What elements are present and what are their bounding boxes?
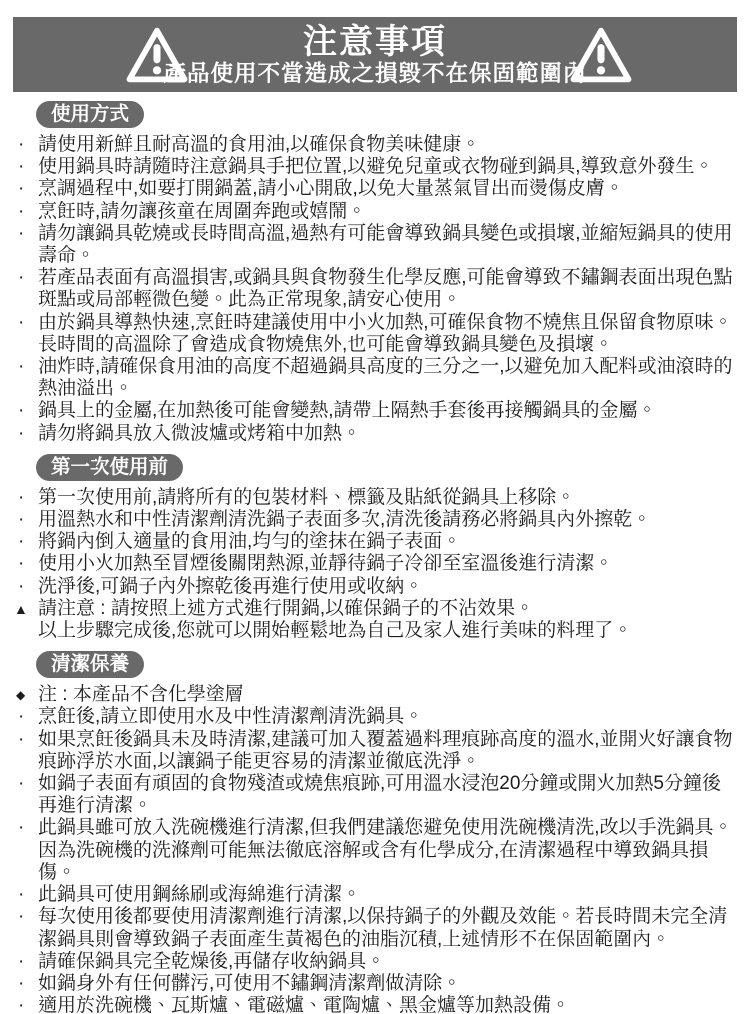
list-item: · 若產品表面有高溫損害,或鍋具與食物發生化學反應,可能會導致不鏽鋼表面出現色點…	[14, 267, 736, 311]
item-text: 請使用新鮮且耐高溫的食用油,以確保食物美味健康。	[38, 134, 736, 156]
bullet-marker-icon: ◆	[14, 684, 38, 706]
bullet-marker-icon: ·	[14, 995, 38, 1014]
list-item: · 如鍋子表面有頑固的食物殘渣或燒焦痕跡,可用溫水浸泡20分鐘或開火加熱5分鐘後…	[14, 773, 736, 817]
list-item: · 烹飪後,請立即使用水及中性清潔劑清洗鍋具。	[14, 706, 736, 728]
warning-triangle-icon	[125, 26, 189, 84]
bullet-marker-icon: ·	[14, 134, 38, 156]
usage-list: · 請使用新鮮且耐高溫的食用油,以確保食物美味健康。 · 使用鍋具時請隨時注意鍋…	[14, 134, 736, 445]
section-label: 第一次使用前	[36, 454, 183, 481]
list-item: · 使用小火加熱至冒煙後關閉熱源,並靜待鍋子冷卻至室溫後進行清潔。	[14, 553, 736, 575]
item-text: 適用於洗碗機、瓦斯爐、電磁爐、電陶爐、黑金爐等加熱設備。	[38, 995, 736, 1014]
item-text: 油炸時,請確保食用油的高度不超過鍋具高度的三分之一,以避免加入配料或油滾時的熱油…	[38, 356, 736, 400]
list-item: · 每次使用後都要使用清潔劑進行清潔,以保持鍋子的外觀及效能。若長時間未完全清潔…	[14, 906, 736, 950]
bullet-marker-icon: ·	[14, 531, 38, 553]
list-item: · 油炸時,請確保食用油的高度不超過鍋具高度的三分之一,以避免加入配料或油滾時的…	[14, 356, 736, 400]
bullet-marker-icon: ·	[14, 400, 38, 422]
header-band: 注意事項 產品使用不當造成之損毀不在保固範圍內	[13, 17, 737, 92]
item-text: 請確保鍋具完全乾燥後,再儲存收納鍋具。	[38, 951, 736, 973]
bullet-marker-icon: ·	[14, 487, 38, 509]
first-use-list: · 第一次使用前,請將所有的包裝材料、標籤及貼紙從鍋具上移除。 · 用溫熱水和中…	[14, 487, 736, 642]
section-usage-instructions: 使用方式 · 請使用新鮮且耐高溫的食用油,以確保食物美味健康。 · 使用鍋具時請…	[14, 92, 736, 445]
bullet-marker-icon: ·	[14, 223, 38, 245]
bullet-marker-icon: ·	[14, 906, 38, 928]
item-text: 使用鍋具時請隨時注意鍋具手把位置,以避免兒童或衣物碰到鍋具,導致意外發生。	[38, 156, 736, 178]
bullet-marker-icon: ·	[14, 178, 38, 200]
list-item: · 將鍋內倒入適量的食用油,均勻的塗抹在鍋子表面。	[14, 531, 736, 553]
list-item: ◆ 注 : 本產品不含化學塗層	[14, 684, 736, 706]
bullet-marker-icon: ·	[14, 773, 38, 795]
section-label: 清潔保養	[36, 651, 144, 678]
list-item: · 適用於洗碗機、瓦斯爐、電磁爐、電陶爐、黑金爐等加熱設備。	[14, 995, 736, 1014]
item-text: 烹調過程中,如要打開鍋蓋,請小心開啟,以免大量蒸氣冒出而燙傷皮膚。	[38, 178, 736, 200]
bullet-marker-icon: ·	[14, 553, 38, 575]
list-item: · 使用鍋具時請隨時注意鍋具手把位置,以避免兒童或衣物碰到鍋具,導致意外發生。	[14, 156, 736, 178]
bullet-marker-icon: ·	[14, 312, 38, 334]
item-text: 烹飪後,請立即使用水及中性清潔劑清洗鍋具。	[38, 706, 736, 728]
bullet-marker-icon: ·	[14, 729, 38, 751]
list-item: · 洗淨後,可鍋子內外擦乾後再進行使用或收納。	[14, 576, 736, 598]
item-text: 注 : 本產品不含化學塗層	[38, 684, 736, 706]
header-titles: 注意事項 產品使用不當造成之損毀不在保固範圍內	[163, 22, 586, 87]
list-item: · 請確保鍋具完全乾燥後,再儲存收納鍋具。	[14, 951, 736, 973]
item-text: 請勿讓鍋具乾燒或長時間高溫,過熱有可能會導致鍋具變色或損壞,並縮短鍋具的使用壽命…	[38, 223, 736, 267]
list-item: · 此鍋具雖可放入洗碗機進行清潔,但我們建議您避免使用洗碗機清洗,改以手洗鍋具。…	[14, 817, 736, 884]
section-first-use: 第一次使用前 · 第一次使用前,請將所有的包裝材料、標籤及貼紙從鍋具上移除。 ·…	[14, 445, 736, 642]
bullet-marker-icon: ▲	[14, 598, 38, 620]
item-text: 烹飪時,請勿讓孩童在周圍奔跑或嬉鬧。	[38, 201, 736, 223]
bullet-marker-icon: ·	[14, 156, 38, 178]
notice-content: 使用方式 · 請使用新鮮且耐高溫的食用油,以確保食物美味健康。 · 使用鍋具時請…	[0, 92, 750, 1014]
list-item: · 用溫熱水和中性清潔劑清洗鍋子表面多次,清洗後請務必將鍋具內外擦乾。	[14, 509, 736, 531]
item-text: 以上步驟完成後,您就可以開始輕鬆地為自己及家人進行美味的料理了。	[38, 620, 736, 642]
page-title: 注意事項	[163, 24, 586, 60]
item-text: 用溫熱水和中性清潔劑清洗鍋子表面多次,清洗後請務必將鍋具內外擦乾。	[38, 509, 736, 531]
list-item: · 烹飪時,請勿讓孩童在周圍奔跑或嬉鬧。	[14, 201, 736, 223]
page-subtitle: 產品使用不當造成之損毀不在保固範圍內	[163, 60, 586, 87]
list-item: · 鍋具上的金屬,在加熱後可能會變熱,請帶上隔熱手套後再接觸鍋具的金屬。	[14, 400, 736, 422]
section-label: 使用方式	[36, 101, 144, 128]
bullet-marker-icon: ·	[14, 576, 38, 598]
list-item: · 請勿讓鍋具乾燒或長時間高溫,過熱有可能會導致鍋具變色或損壞,並縮短鍋具的使用…	[14, 223, 736, 267]
item-text: 洗淨後,可鍋子內外擦乾後再進行使用或收納。	[38, 576, 736, 598]
item-text: 如鍋子表面有頑固的食物殘渣或燒焦痕跡,可用溫水浸泡20分鐘或開火加熱5分鐘後再進…	[38, 773, 736, 817]
cleaning-care-list: ◆ 注 : 本產品不含化學塗層 · 烹飪後,請立即使用水及中性清潔劑清洗鍋具。 …	[14, 684, 736, 1014]
item-text: 若產品表面有高溫損害,或鍋具與食物發生化學反應,可能會導致不鏽鋼表面出現色點斑點…	[38, 267, 736, 311]
list-item: · 如果烹飪後鍋具未及時清潔,建議可加入覆蓋過料理痕跡高度的溫水,並開火好讓食物…	[14, 729, 736, 773]
item-text: 此鍋具可使用鋼絲刷或海綿進行清潔。	[38, 884, 736, 906]
bullet-marker-icon: ·	[14, 706, 38, 728]
bullet-marker-icon: ·	[14, 423, 38, 445]
item-text: 使用小火加熱至冒煙後關閉熱源,並靜待鍋子冷卻至室溫後進行清潔。	[38, 553, 736, 575]
item-text: 每次使用後都要使用清潔劑進行清潔,以保持鍋子的外觀及效能。若長時間未完全清潔鍋具…	[38, 906, 736, 950]
list-item: · 請勿將鍋具放入微波爐或烤箱中加熱。	[14, 423, 736, 445]
item-text: 請注意 : 請按照上述方式進行開鍋,以確保鍋子的不沾效果。	[38, 598, 736, 620]
item-text: 如鍋身外有任何髒污,可使用不鏽鋼清潔劑做清除。	[38, 973, 736, 995]
list-item: 以上步驟完成後,您就可以開始輕鬆地為自己及家人進行美味的料理了。	[14, 620, 736, 642]
list-item: · 烹調過程中,如要打開鍋蓋,請小心開啟,以免大量蒸氣冒出而燙傷皮膚。	[14, 178, 736, 200]
item-text: 此鍋具雖可放入洗碗機進行清潔,但我們建議您避免使用洗碗機清洗,改以手洗鍋具。因為…	[38, 817, 736, 884]
list-item: · 由於鍋具導熱快速,烹飪時建議使用中小火加熱,可確保食物不燒焦且保留食物原味。…	[14, 312, 736, 356]
item-text: 由於鍋具導熱快速,烹飪時建議使用中小火加熱,可確保食物不燒焦且保留食物原味。長時…	[38, 312, 736, 356]
bullet-marker-icon: ·	[14, 817, 38, 839]
bullet-marker-icon: ·	[14, 973, 38, 995]
item-text: 鍋具上的金屬,在加熱後可能會變熱,請帶上隔熱手套後再接觸鍋具的金屬。	[38, 400, 736, 422]
list-item: · 請使用新鮮且耐高溫的食用油,以確保食物美味健康。	[14, 134, 736, 156]
bullet-marker-icon: ·	[14, 884, 38, 906]
list-item: · 第一次使用前,請將所有的包裝材料、標籤及貼紙從鍋具上移除。	[14, 487, 736, 509]
bullet-marker-icon: ·	[14, 951, 38, 973]
section-cleaning-care: 清潔保養 ◆ 注 : 本產品不含化學塗層 · 烹飪後,請立即使用水及中性清潔劑清…	[14, 642, 736, 1014]
item-text: 請勿將鍋具放入微波爐或烤箱中加熱。	[38, 423, 736, 445]
list-item: · 如鍋身外有任何髒污,可使用不鏽鋼清潔劑做清除。	[14, 973, 736, 995]
warning-triangle-icon	[569, 26, 633, 84]
item-text: 將鍋內倒入適量的食用油,均勻的塗抹在鍋子表面。	[38, 531, 736, 553]
list-item: ▲ 請注意 : 請按照上述方式進行開鍋,以確保鍋子的不沾效果。	[14, 598, 736, 620]
bullet-marker-icon: ·	[14, 201, 38, 223]
bullet-marker-icon: ·	[14, 267, 38, 289]
bullet-marker-icon: ·	[14, 509, 38, 531]
item-text: 第一次使用前,請將所有的包裝材料、標籤及貼紙從鍋具上移除。	[38, 487, 736, 509]
bullet-marker-icon: ·	[14, 356, 38, 378]
item-text: 如果烹飪後鍋具未及時清潔,建議可加入覆蓋過料理痕跡高度的溫水,並開火好讓食物痕跡…	[38, 729, 736, 773]
list-item: · 此鍋具可使用鋼絲刷或海綿進行清潔。	[14, 884, 736, 906]
